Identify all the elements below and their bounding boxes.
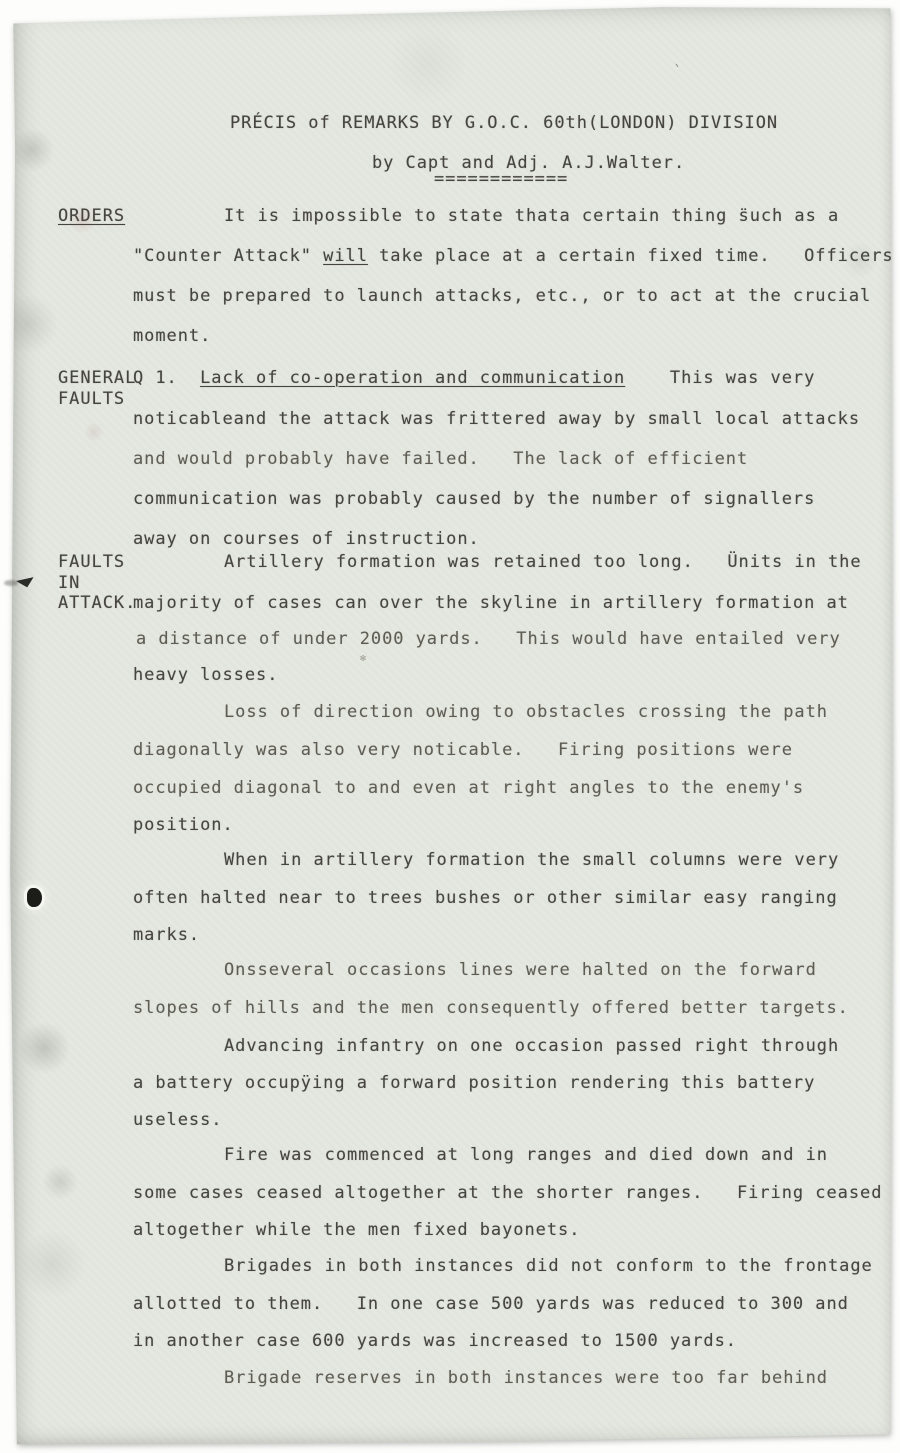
- text-segment: communication was probably caused by the…: [133, 489, 815, 509]
- text-line: often halted near to trees bushes or oth…: [133, 887, 838, 909]
- text-line: moment.: [133, 325, 211, 347]
- text-line: a battery occupÿing a forward position r…: [133, 1072, 815, 1094]
- text-segment: When in artillery formation the small co…: [224, 850, 839, 870]
- text-line: useless.: [133, 1109, 222, 1131]
- text-segment: "Counter Attack": [133, 246, 323, 266]
- text-segment: useless.: [133, 1110, 222, 1130]
- text-segment: altogether while the men fixed bayonets.: [133, 1220, 580, 1240]
- underlined-text: Lack of co-operation and communication: [200, 368, 625, 388]
- text-segment: slopes of hills and the men consequently…: [133, 998, 849, 1018]
- text-segment: and would probably have failed. The lack…: [133, 449, 748, 469]
- text-segment: some cases ceased altogether at the shor…: [133, 1183, 882, 1203]
- text-segment: This was very: [625, 368, 815, 388]
- text-line: Onsseveral occasions lines were halted o…: [224, 959, 817, 981]
- text-line: must be prepared to launch attacks, etc.…: [133, 285, 871, 307]
- underlined-text: will: [323, 246, 368, 266]
- scanned-document-page: PRÉCIS of REMARKS BY G.O.C. 60th(LONDON)…: [0, 0, 900, 1453]
- text-line: some cases ceased altogether at the shor…: [133, 1182, 882, 1204]
- text-line: away on courses of instruction.: [133, 528, 480, 550]
- margin-label: GENERAL: [58, 367, 136, 389]
- text-segment: take place at a certain fixed time. Offi…: [368, 246, 894, 266]
- text-segment: a battery occupÿing a forward position r…: [133, 1073, 815, 1093]
- text-segment: must be prepared to launch attacks, etc.…: [133, 286, 871, 306]
- text-segment: heavy losses.: [133, 665, 278, 685]
- text-line: slopes of hills and the men consequently…: [133, 997, 849, 1019]
- ink-smear: [4, 580, 18, 586]
- text-line: communication was probably caused by the…: [133, 488, 815, 510]
- text-segment: Loss of direction owing to obstacles cro…: [224, 702, 828, 722]
- text-line: allotted to them. In one case 500 yards …: [133, 1293, 849, 1315]
- text-line: Artillery formation was retained too lon…: [224, 551, 862, 573]
- paper-speck: ✻: [360, 653, 366, 664]
- text-line: in another case 600 yards was increased …: [133, 1330, 737, 1352]
- text-segment: diagonally was also very noticable. Firi…: [133, 740, 793, 760]
- text-segment: in another case 600 yards was increased …: [133, 1331, 737, 1351]
- text-line: a distance of under 2000 yards. This wou…: [136, 628, 841, 650]
- text-segment: Brigades in both instances did not confo…: [224, 1256, 873, 1276]
- text-segment: allotted to them. In one case 500 yards …: [133, 1294, 849, 1314]
- text-segment: majority of cases can over the skyline i…: [133, 593, 849, 613]
- text-segment: Brigade reserves in both instances were …: [224, 1368, 828, 1388]
- margin-label: FAULTS: [58, 551, 125, 573]
- text-line: diagonally was also very noticable. Firi…: [133, 739, 793, 761]
- text-segment: Advancing infantry on one occasion passe…: [224, 1036, 839, 1056]
- text-segment: Artillery formation was retained too lon…: [224, 552, 862, 572]
- text-segment: Onsseveral occasions lines were halted o…: [224, 960, 817, 980]
- text-line: majority of cases can over the skyline i…: [133, 592, 849, 614]
- text-line: "Counter Attack" will take place at a ce…: [133, 245, 894, 267]
- text-segment: often halted near to trees bushes or oth…: [133, 888, 838, 908]
- margin-label: IN: [58, 572, 80, 594]
- text-segment: position.: [133, 815, 234, 835]
- text-segment: noticableand the attack was frittered aw…: [133, 409, 860, 429]
- text-segment: Q 1.: [133, 368, 200, 388]
- text-line: and would probably have failed. The lack…: [133, 448, 748, 470]
- document-title: PRÉCIS of REMARKS BY G.O.C. 60th(LONDON)…: [230, 112, 778, 134]
- title-underline-rule: ============: [434, 168, 568, 190]
- text-segment: moment.: [133, 326, 211, 346]
- punch-hole: [27, 888, 42, 907]
- text-line: heavy losses.: [133, 664, 278, 686]
- text-line: When in artillery formation the small co…: [224, 849, 839, 871]
- margin-label: FAULTS: [58, 388, 125, 410]
- text-segment: marks.: [133, 925, 200, 945]
- text-line: It is impossible to state thata certain …: [224, 205, 839, 227]
- text-line: position.: [133, 814, 234, 836]
- text-line: marks.: [133, 924, 200, 946]
- text-line: Brigades in both instances did not confo…: [224, 1255, 873, 1277]
- text-line: occupied diagonal to and even at right a…: [133, 777, 804, 799]
- text-line: Loss of direction owing to obstacles cro…: [224, 701, 828, 723]
- text-line: noticableand the attack was frittered aw…: [133, 408, 860, 430]
- margin-label: ATTACK.: [58, 592, 136, 614]
- text-line: Advancing infantry on one occasion passe…: [224, 1035, 839, 1057]
- text-line: Brigade reserves in both instances were …: [224, 1367, 828, 1389]
- text-segment: occupied diagonal to and even at right a…: [133, 778, 804, 798]
- text-segment: a distance of under 2000 yards. This wou…: [136, 629, 841, 649]
- margin-label: ORDERS: [58, 205, 125, 227]
- text-segment: It is impossible to state thata certain …: [224, 206, 839, 226]
- text-line: altogether while the men fixed bayonets.: [133, 1219, 580, 1241]
- text-line: Q 1. Lack of co-operation and communicat…: [133, 367, 815, 389]
- text-segment: away on courses of instruction.: [133, 529, 480, 549]
- text-segment: Fire was commenced at long ranges and di…: [224, 1145, 828, 1165]
- text-line: Fire was commenced at long ranges and di…: [224, 1144, 828, 1166]
